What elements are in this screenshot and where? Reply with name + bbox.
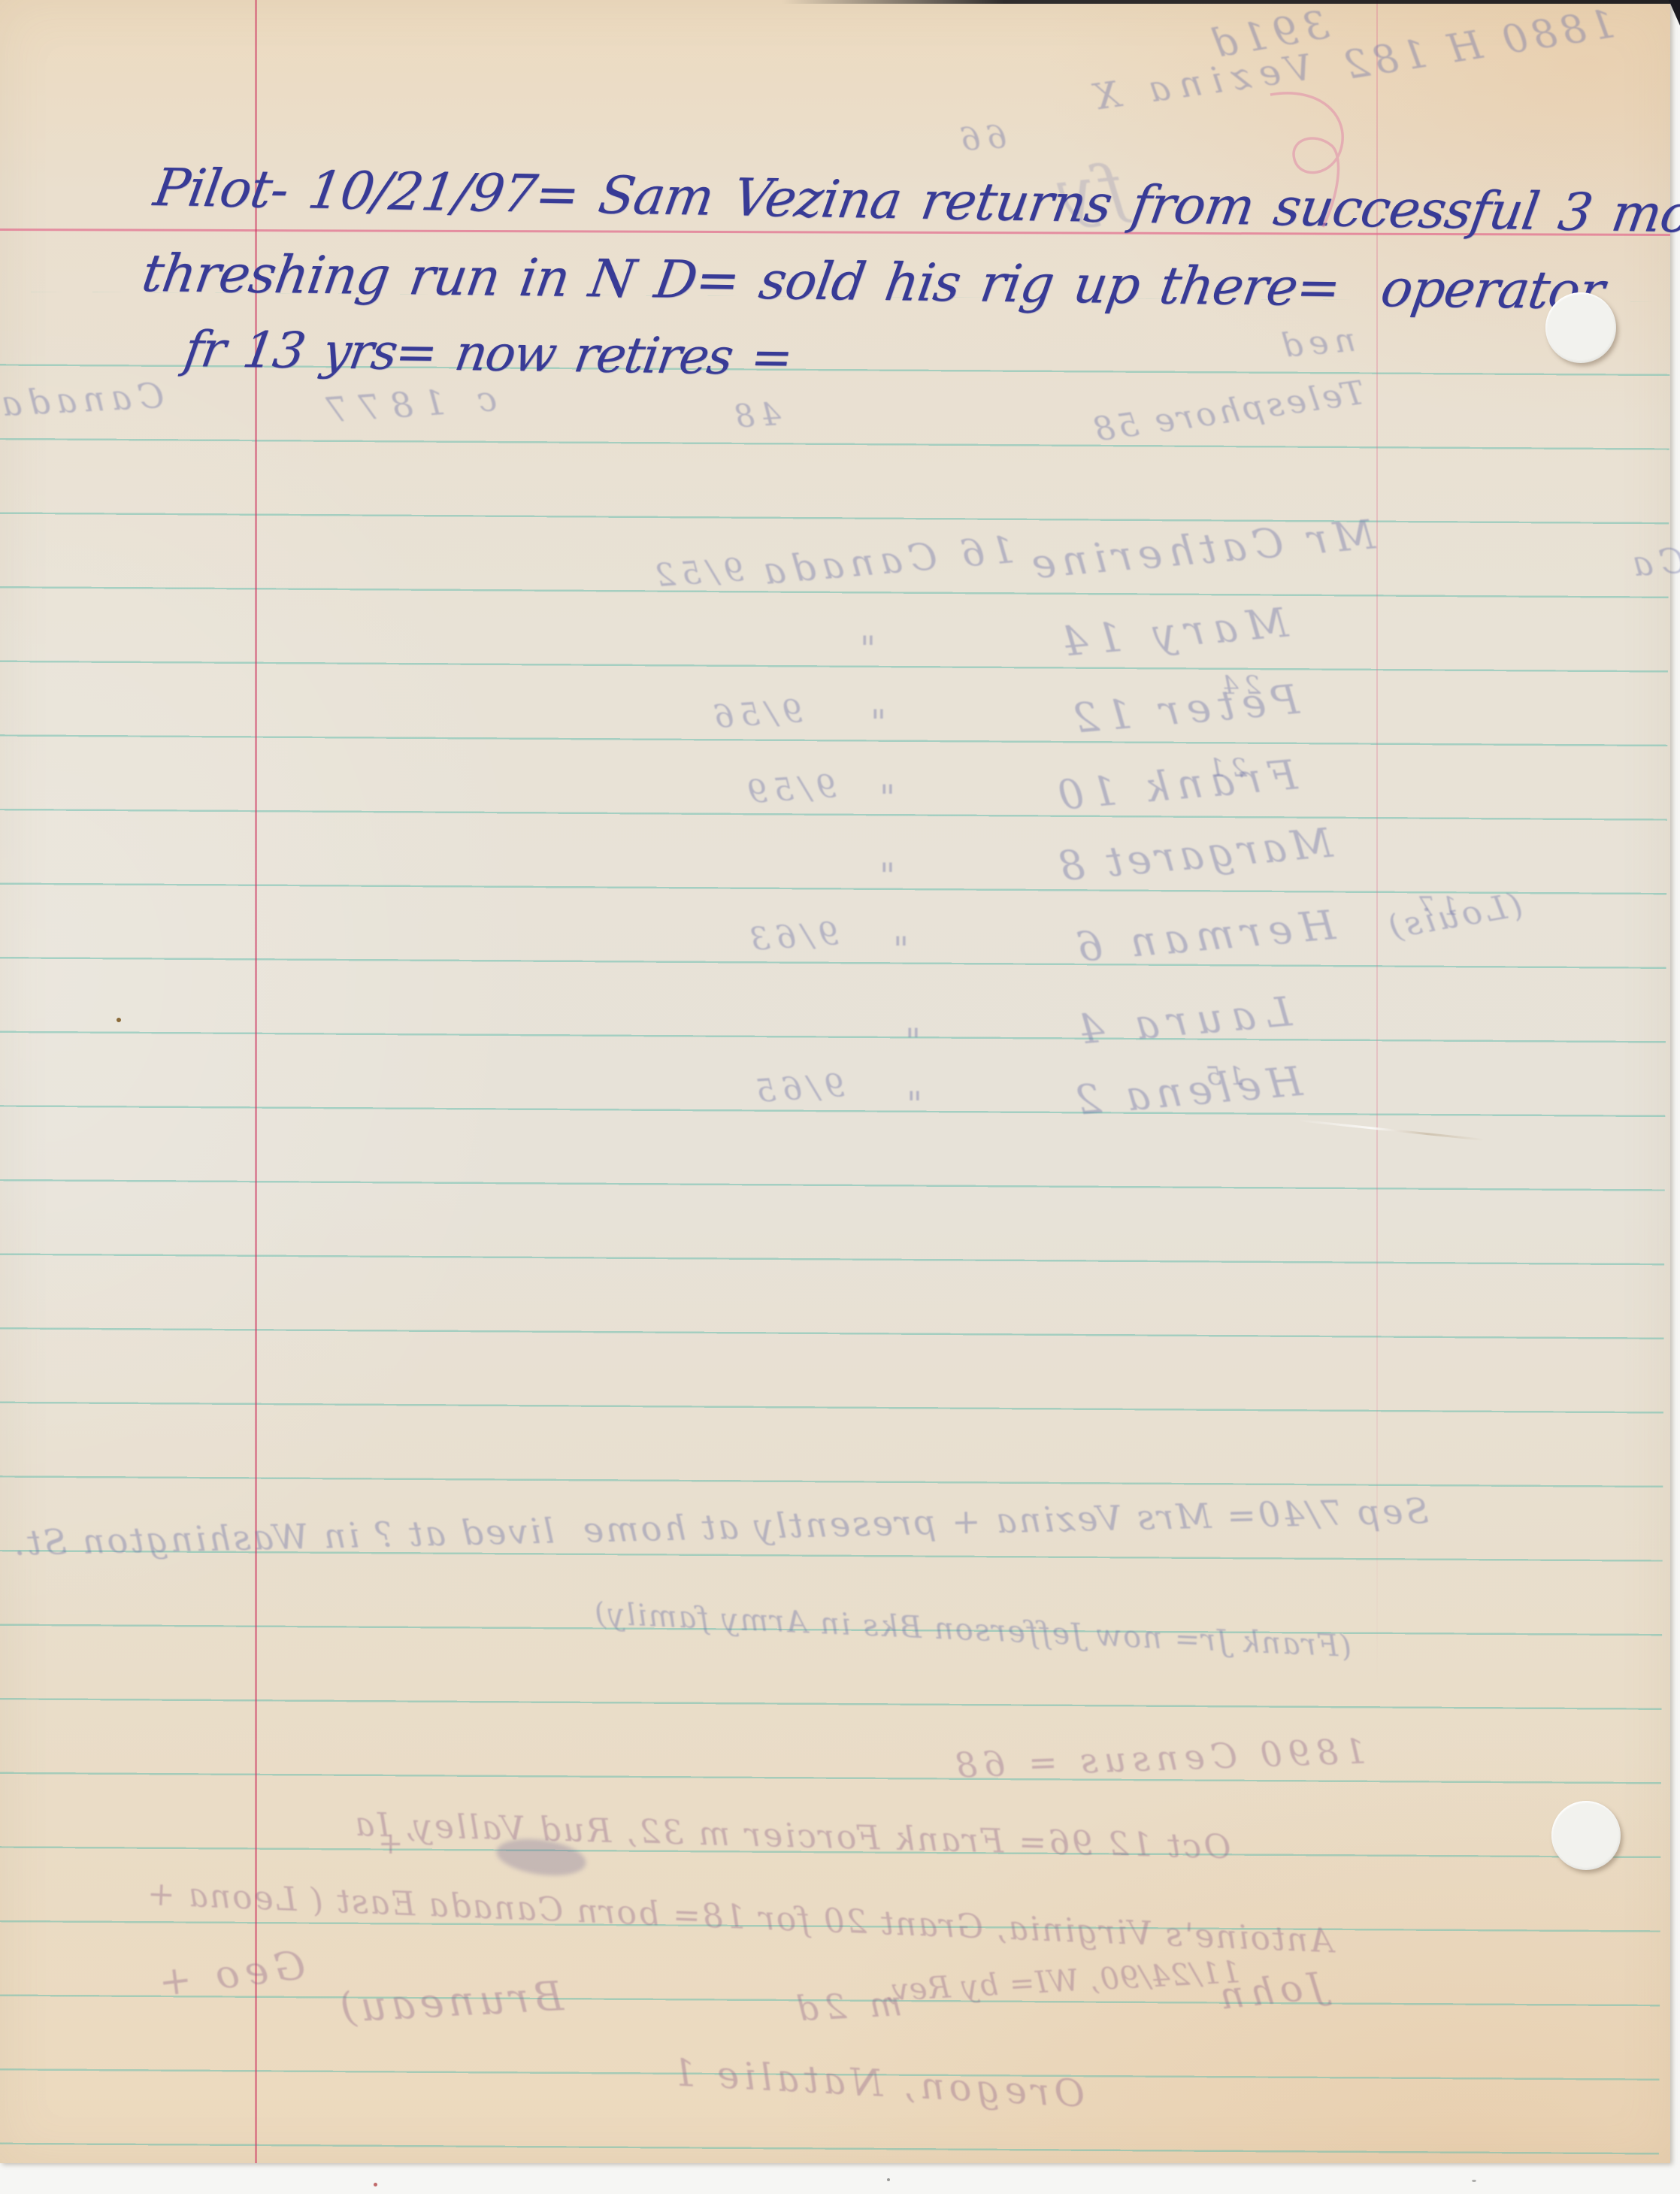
screenshot-root: { "document": { "kind": "scanned handwri… <box>0 0 1680 2194</box>
ghost-label: Frank 10 <box>1049 751 1299 819</box>
ghost-paragraph: 1890 Census = 68 <box>949 1731 1367 1786</box>
ghost-label: Bruneau) <box>334 1972 565 2032</box>
ghost-row-name: Laura 4 <box>1067 988 1294 1055</box>
ghost-row-date: 9/52 <box>648 551 745 595</box>
ghost-label: Oregon, Natalie 1 <box>667 2050 1086 2116</box>
scan-edge-top <box>782 0 1670 4</box>
ghost-row-date: 9/59 <box>740 767 837 811</box>
punch-hole-bottom <box>1551 1801 1621 1870</box>
bleedthrough-margin-line <box>1376 0 1378 2163</box>
ghost-label: 17 <box>1413 891 1458 921</box>
ghost-label: 9/56 <box>707 692 804 736</box>
ghost-label: 24 <box>1216 670 1261 701</box>
ghost-paragraph: Oregon, Natalie 1 <box>667 2050 1086 2116</box>
ghost-row-name: Peter 12 <box>1064 676 1301 743</box>
handwritten-line-2: threshing run in N D= sold his rig up th… <box>138 244 1608 322</box>
ghost-label: 11/24/90, WI= by Rev, <box>883 1955 1241 2008</box>
ghost-row-ditto: " <box>873 777 895 818</box>
ghost-label: Antoine's Virginia, Grant 20 for 18= bor… <box>145 1875 1334 1960</box>
ghost-label: " <box>901 1084 922 1124</box>
ghost-paragraph: Oct 12 96= Frank Forcier m 32, Rud Valle… <box>353 1805 1231 1867</box>
ghost-label: 9/52 <box>648 551 745 595</box>
ghost-row-ditto: " <box>887 929 909 970</box>
ghost-row-sup: 17 <box>1413 891 1458 921</box>
ghost-label: 9/59 <box>740 767 837 811</box>
ghost-label: (Frank Jr= now Jefferson Bks in Army fam… <box>592 1596 1352 1664</box>
scan-speck <box>887 2178 890 2181</box>
handwritten-line-3: fr 13 yrs= now retires = <box>180 320 795 386</box>
ghost-row-date: 9/65 <box>749 1067 846 1110</box>
ghost-label: Canada F <box>0 375 165 427</box>
ghost-row-ditto: " <box>901 1084 922 1124</box>
ghost-row-ditto: " <box>873 855 895 896</box>
ghost-row-sup: 24 <box>1216 670 1261 701</box>
ghost-label: " <box>873 777 895 818</box>
punch-hole-top <box>1545 292 1616 363</box>
scan-speck <box>374 2183 377 2186</box>
ghost-row-name: Herman 6 <box>1067 901 1337 972</box>
paper-sheet: 391d 1880 H 182 Vezina X 66 fy ned Teles… <box>0 0 1670 2163</box>
ghost-label: + <box>372 1826 404 1861</box>
ghost-row-name: Mary 14 <box>1051 599 1290 667</box>
ghost-paragraph: 11/24/90, WI= by Rev, <box>883 1955 1241 2008</box>
ghost-row-name: Frank 10 <box>1049 751 1299 819</box>
ghost-label: Mary 14 <box>1051 599 1290 667</box>
ghost-row-date: 9/63 <box>743 915 840 958</box>
ghost-label: 21 <box>1203 753 1247 783</box>
ghost-label: Helena 2 <box>1067 1058 1304 1125</box>
ghost-paragraph: Sep 7/40= Mrs Vezina + presently at home… <box>11 1490 1429 1563</box>
ghost-label: Mr Catherine <box>1024 510 1377 588</box>
ghost-label: Laura 4 <box>1067 988 1294 1055</box>
ghost-paragraph: Antoine's Virginia, Grant 20 for 18= bor… <box>145 1875 1334 1960</box>
ghost-text: 48 <box>728 395 782 435</box>
ghost-paragraph: (Frank Jr= now Jefferson Bks in Army fam… <box>592 1596 1352 1664</box>
ghost-label: Peter 12 <box>1064 676 1301 743</box>
ghost-paragraph: Geo + <box>150 1943 308 2006</box>
ghost-text: Telesphore 58 <box>1088 374 1367 450</box>
ghost-label: 1880 H 182 <box>1336 2 1618 89</box>
ghost-text: 66 <box>953 118 1008 159</box>
ghost-label: Herman 6 <box>1067 901 1337 972</box>
ghost-text: Ca <box>1625 540 1680 585</box>
ghost-row-date: 9/56 <box>707 692 804 736</box>
ghost-row-ditto: " <box>854 628 876 669</box>
ghost-label: 16 Canada <box>755 528 1016 594</box>
ghost-label: Telesphore 58 <box>1088 374 1367 450</box>
ghost-row-name: Helena 2 <box>1067 1058 1304 1125</box>
ghost-label: Sep 7/40= Mrs Vezina + presently at home… <box>11 1490 1429 1563</box>
ghost-label: ned <box>1274 321 1358 366</box>
ghost-row-ditto: " <box>899 1021 921 1061</box>
ghost-label: 1890 Census = 68 <box>949 1731 1367 1786</box>
ghost-paragraph: Bruneau) <box>334 1972 565 2032</box>
ghost-label: Margaret 8 <box>1052 819 1334 891</box>
ghost-label: c 1877 <box>314 378 498 431</box>
ghost-label: 66 <box>953 118 1008 159</box>
ghost-label: 15 <box>1200 1061 1244 1091</box>
ghost-text: ned <box>1274 321 1358 366</box>
ghost-row-ditto: " <box>864 702 886 743</box>
ghost-label: 48 <box>728 395 782 435</box>
ghost-label: Oct 12 96= Frank Forcier m 32, Rud Valle… <box>353 1805 1231 1867</box>
paper-speck <box>117 1018 121 1022</box>
ghost-text: Vezina X <box>1082 47 1315 120</box>
ghost-text: c 1877 <box>314 378 498 431</box>
ghost-label: " <box>873 855 895 896</box>
ghost-label: " <box>899 1021 921 1061</box>
scan-corner-shadow <box>1669 0 1680 26</box>
ghost-text: Canada F <box>0 375 165 427</box>
ghost-mark: + <box>372 1826 404 1861</box>
ghost-row-name: Mr Catherine <box>1024 510 1377 588</box>
ghost-label: Geo + <box>150 1943 308 2006</box>
ghost-label: " <box>864 702 886 743</box>
ghost-row-sup: 15 <box>1200 1061 1244 1091</box>
ghost-label: 9/63 <box>743 915 840 958</box>
ghost-label: Vezina X <box>1082 47 1315 120</box>
ghost-label: 9/65 <box>749 1067 846 1110</box>
ghost-label: " <box>854 628 876 669</box>
ghost-label: Ca <box>1625 540 1680 585</box>
ghost-row-name: Margaret 8 <box>1052 819 1334 891</box>
ghost-row-body: 16 Canada <box>755 528 1016 594</box>
scan-speck <box>1472 2180 1476 2182</box>
ghost-label: " <box>887 929 909 970</box>
paper-crease <box>1297 1119 1485 1141</box>
ghost-row-sup: 21 <box>1203 753 1247 783</box>
ghost-text: 1880 H 182 <box>1336 2 1618 89</box>
